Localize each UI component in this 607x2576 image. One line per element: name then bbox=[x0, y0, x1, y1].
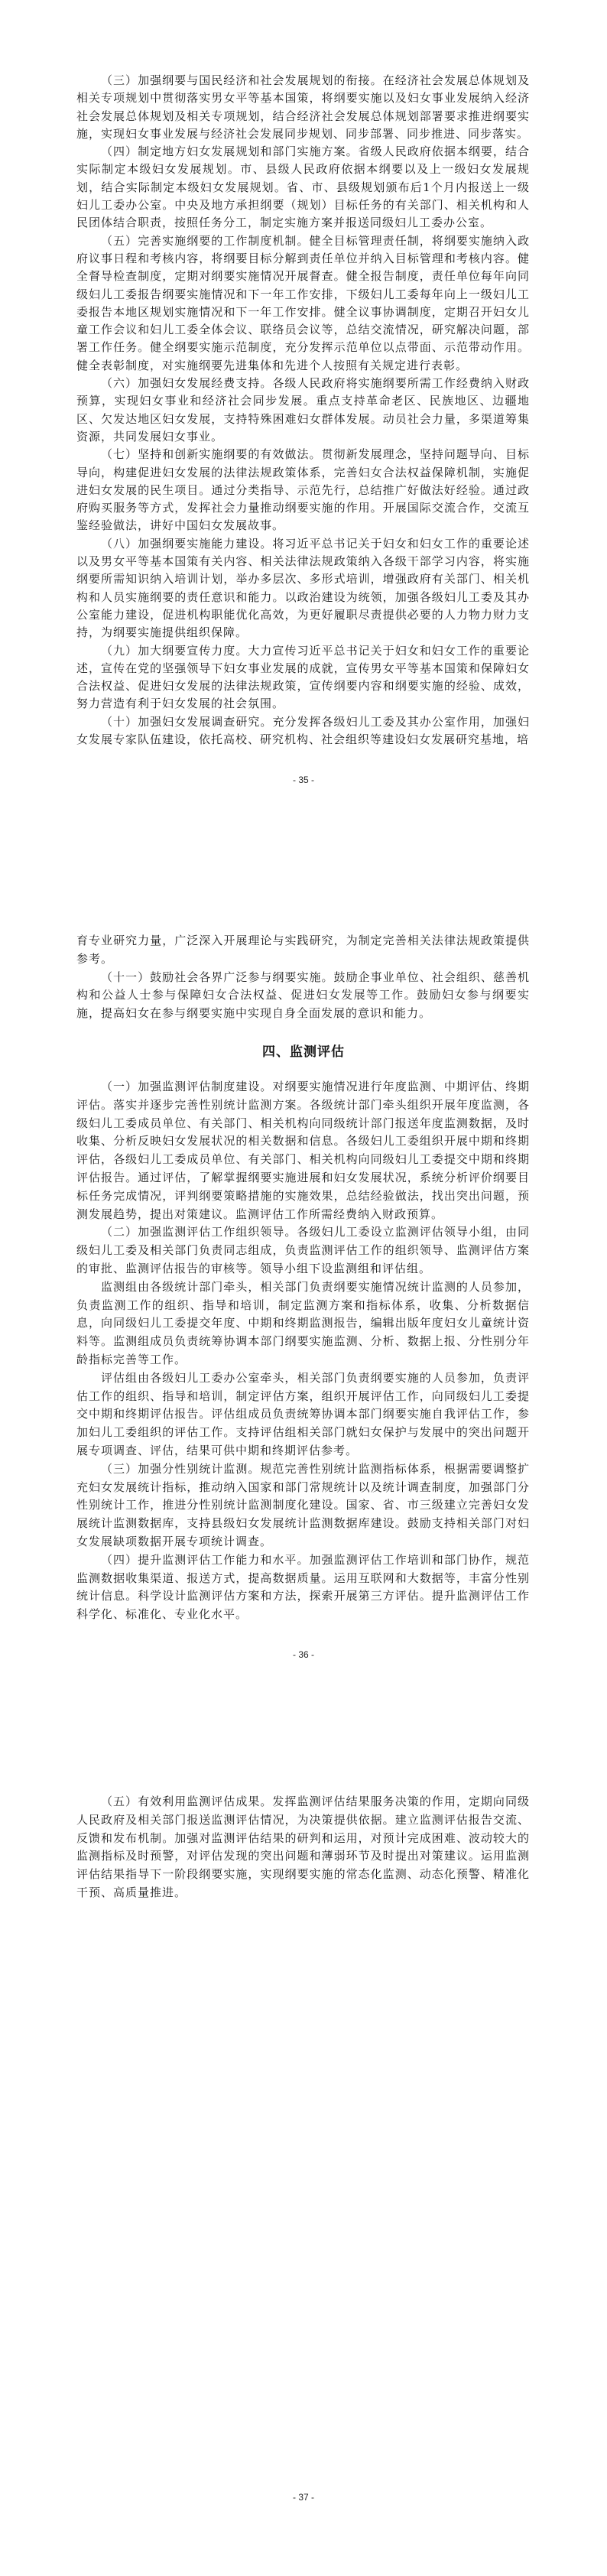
page-37: （五）有效利用监测评估成果。发挥监测评估结果服务决策的作用，定期向同级人民政府及… bbox=[0, 0, 607, 2576]
page-number: - 37 - bbox=[0, 2492, 607, 2503]
paragraph-5-use-results: （五）有效利用监测评估成果。发挥监测评估结果服务决策的作用，定期向同级人民政府及… bbox=[76, 1793, 530, 1902]
page-37-body: （五）有效利用监测评估成果。发挥监测评估结果服务决策的作用，定期向同级人民政府及… bbox=[76, 1793, 530, 1902]
